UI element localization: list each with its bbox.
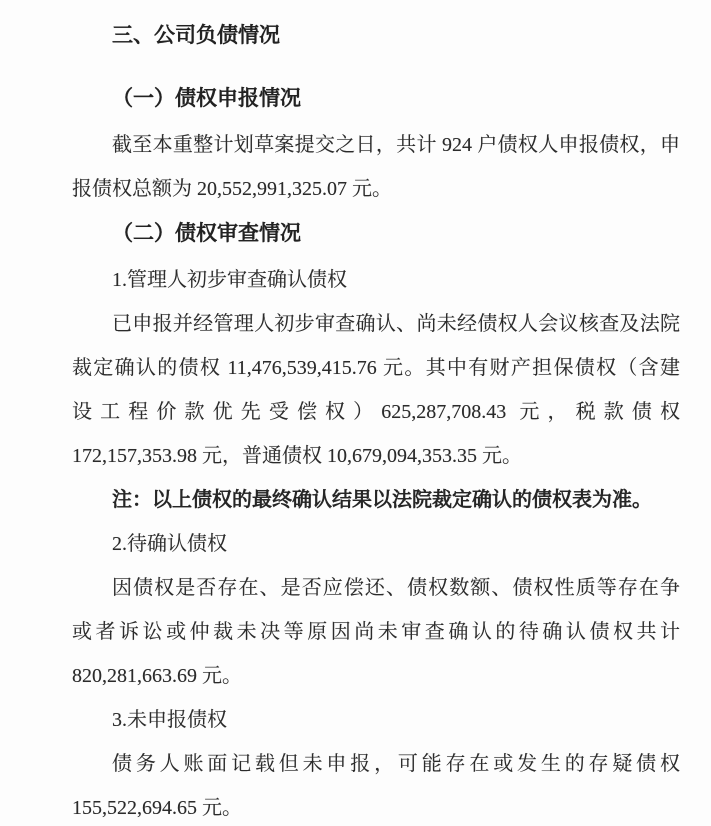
text-line: 报债权总额为 20,552,991,325.07 元。	[72, 167, 680, 211]
sub-heading: （一）债权申报情况	[72, 76, 680, 120]
text-line: 2.待确认债权	[72, 522, 680, 566]
text-line: 172,157,353.98 元，普通债权 10,679,094,353.35 …	[72, 434, 680, 478]
text-line: 3.未申报债权	[72, 698, 680, 742]
note-line: 注：以上债权的最终确认结果以法院裁定确认的债权表为准。	[72, 478, 680, 522]
text-line: 债务人账面记载但未申报，可能存在或发生的存疑债权	[72, 742, 680, 786]
text-line: 已申报并经管理人初步审查确认、尚未经债权人会议核查及法院	[72, 302, 680, 346]
text-line: 截至本重整计划草案提交之日，共计 924 户债权人申报债权，申	[72, 123, 680, 167]
text-line: 820,281,663.69 元。	[72, 654, 680, 698]
text-line: 155,522,694.65 元。	[72, 786, 680, 826]
text-line: 裁定确认的债权 11,476,539,415.76 元。其中有财产担保债权（含建	[72, 346, 680, 390]
text-line: 1.管理人初步审查确认债权	[72, 258, 680, 302]
sub-heading: （二）债权审查情况	[72, 211, 680, 255]
text-line: 或者诉讼或仲裁未决等原因尚未审查确认的待确认债权共计	[72, 610, 680, 654]
document-page: 三、公司负债情况（一）债权申报情况截至本重整计划草案提交之日，共计 924 户债…	[0, 0, 711, 826]
text-line: 因债权是否存在、是否应偿还、债权数额、债权性质等存在争议、	[72, 566, 680, 610]
section-heading: 三、公司负债情况	[72, 13, 680, 57]
text-line: 设工程价款优先受偿权）625,287,708.43 元，税款债权	[72, 390, 680, 434]
